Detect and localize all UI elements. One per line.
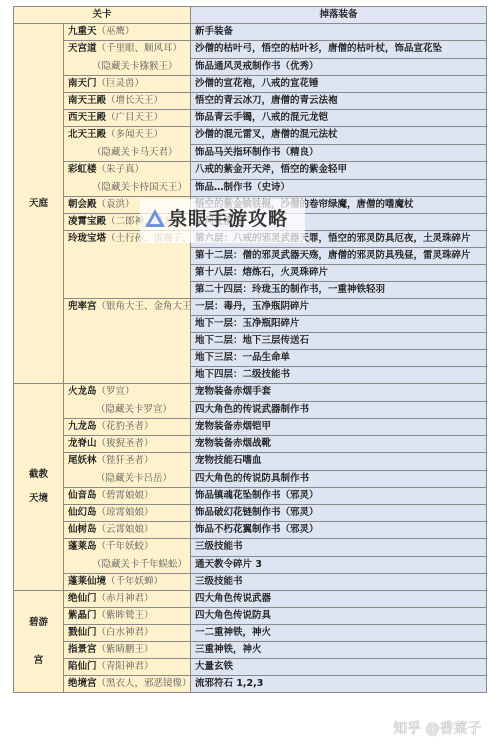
drop-item: 饰品不朽花翼制作书（邪灵） [191, 522, 487, 539]
level-cell: 蓬莱仙境（千年妖蝉） [64, 574, 191, 591]
level-cell: 西天王殿（广目天王） [64, 110, 191, 127]
level-name: 凌霄宝殿 [68, 216, 106, 227]
level-name: 火龙岛 [68, 386, 97, 397]
level-cell: 火龙岛（罗宣）（隐藏关卡罗宣） [64, 384, 191, 419]
level-boss: （赤月神君） [97, 593, 154, 604]
section-label: 截教天境 [14, 384, 64, 591]
level-name: 玲珑宝塔 [68, 233, 106, 244]
level-name: 陷仙门 [68, 661, 97, 672]
level-boss: （银角大王、金角大王、青牛怪、太白金星、太上老君） [97, 301, 191, 312]
table-row: 天宫道（千里眼、顺风耳）（隐藏关卡猕猴王）沙僧的枯叶弓，悟空的枯叶衫，唐僧的枯叶… [14, 41, 487, 59]
level-name: 蓬莱岛 [68, 541, 97, 552]
level-name: 北天王殿 [68, 129, 106, 140]
drop-item: 地下四层：二级技能书 [191, 367, 487, 384]
table-row: 蓬莱岛（千年妖蛟）（隐藏关卡千年蜈蚣）三级技能书 [14, 539, 487, 557]
table-row: 仙树岛（云霄娘娘）饰品不朽花翼制作书（邪灵） [14, 522, 487, 539]
drop-item: 流邪符石 1,2,3 [191, 676, 487, 693]
table-row: 龙脊山（狻猊圣者）宠物装备赤烟战靴 [14, 436, 487, 453]
level-cell: 陷仙门（青阳神君） [64, 659, 191, 676]
level-name: 绝仙门 [68, 593, 97, 604]
drop-item: 一二重神铁，神火 [191, 625, 487, 642]
level-boss: （朱子真） [97, 164, 145, 175]
level-cell: 仙幻岛（琼霄娘娘） [64, 505, 191, 522]
level-name: 指景宫 [68, 644, 97, 655]
table-row: 紫晶门（紫眸鹫王）四大角色传说防具 [14, 608, 487, 625]
level-boss: （紫眸鹫王） [97, 610, 154, 621]
level-name: 九龙岛 [68, 421, 97, 432]
level-cell: 紫晶门（紫眸鹫王） [64, 608, 191, 625]
drop-item: 三重神铁，神火 [191, 642, 487, 659]
drop-item: 宠物装备赤烟战靴 [191, 436, 487, 453]
hidden-level: （隐藏关卡罗宣） [68, 402, 186, 418]
drop-item: 饰品马关指环制作书（精良） [191, 144, 487, 162]
level-cell: 九重天（巫鹰） [64, 24, 191, 41]
level-cell: 仙音岛（碧霄娘娘） [64, 488, 191, 505]
drop-item: 通天教令碎片 3 [191, 556, 487, 574]
level-name: 彩虹楼 [68, 164, 97, 175]
level-name: 龙脊山 [68, 438, 97, 449]
drop-item: 四大角色传说武器 [191, 591, 487, 608]
triangle-logo-icon [145, 209, 165, 227]
hidden-level: （隐藏关卡猕猴王） [68, 59, 186, 75]
level-boss: （青阳神君） [97, 661, 154, 672]
level-name: 仙音岛 [68, 490, 97, 501]
header-row: 关卡 掉落装备 [14, 7, 487, 24]
section-label: 天庭 [14, 24, 64, 384]
drop-item: 大量玄铁 [191, 659, 487, 676]
drop-item: 沙僧的宣花袍，八戒的宣花锤 [191, 76, 487, 93]
table-row: 蓬莱仙境（千年妖蝉）三级技能书 [14, 574, 487, 591]
drop-item: 沙僧的混元雷叉，唐僧的混元法杖 [191, 127, 487, 145]
level-cell: 北天王殿（多闻天王）（隐藏关卡马天君） [64, 127, 191, 162]
drop-item: 八戒的紫金开天斧，悟空的紫金轻甲 [191, 162, 487, 180]
hidden-level: （隐藏关卡马天君） [68, 145, 186, 161]
level-boss: （增长天王） [106, 95, 163, 106]
section-label-line: 天境 [18, 491, 59, 507]
table-row: 绝境宫（黑衣人，邪恶镜像）流邪符石 1,2,3 [14, 676, 487, 693]
drop-item: 饰品破幻花链制作书（邪灵） [191, 505, 487, 522]
level-cell: 九龙岛（花豹圣者） [64, 419, 191, 436]
table-row: 陷仙门（青阳神君）大量玄铁 [14, 659, 487, 676]
table-row: 北天王殿（多闻天王）（隐藏关卡马天君）沙僧的混元雷叉，唐僧的混元法杖 [14, 127, 487, 145]
drop-item: 宠物技能石嗜血 [191, 453, 487, 471]
level-boss: （云霄娘娘） [97, 524, 154, 535]
level-boss: （花豹圣者） [97, 421, 154, 432]
drop-table: 关卡 掉落装备 天庭九重天（巫鹰）新手装备天宫道（千里眼、顺风耳）（隐藏关卡猕猴… [13, 6, 487, 693]
section-label-line: 截教 [18, 467, 59, 483]
level-cell: 绝仙门（赤月神君） [64, 591, 191, 608]
drop-item: 地下一层：玉净瓶阳碎片 [191, 316, 487, 333]
section-label-line: 宫 [18, 653, 59, 669]
drop-item: 第十二层：僧的邪灵武器天殇，唐僧的邪灵防具残昼，雷灵珠碎片 [191, 248, 487, 265]
drop-item: 地下三层：一品生命单 [191, 350, 487, 367]
level-boss: （狻猊圣者） [97, 438, 154, 449]
drop-item: 沙僧的枯叶弓，悟空的枯叶衫，唐僧的枯叶杖，饰品宣花坠 [191, 41, 487, 59]
section-label-line: 碧游 [18, 615, 59, 631]
level-name: 绝境宫 [68, 678, 97, 689]
table-row: 西天王殿（广目天王）饰品青云手镯，八戒的混元龙铠 [14, 110, 487, 127]
drop-item: 三级技能书 [191, 539, 487, 557]
table-row: 南天门（巨灵兽）沙僧的宣花袍，八戒的宣花锤 [14, 76, 487, 93]
hidden-level: （隐藏关卡千年蜈蚣） [68, 557, 186, 573]
level-name: 紫晶门 [68, 610, 97, 621]
level-name: 九重天 [68, 26, 97, 37]
drop-item: 饰品通风灵戒制作书（优秀） [191, 58, 487, 76]
table-row: 截教天境火龙岛（罗宣）（隐藏关卡罗宣）宠物装备赤烟手套 [14, 384, 487, 402]
center-watermark: 泉眼手游攻略 [140, 199, 305, 243]
level-boss: （多闻天王） [106, 129, 163, 140]
level-cell: 绝境宫（黑衣人，邪恶镜像） [64, 676, 191, 693]
drop-item: 悟空的青云冰刀，唐僧的青云法袍 [191, 93, 487, 110]
drop-item: 四大角色传说防具 [191, 608, 487, 625]
table-row: 天庭九重天（巫鹰）新手装备 [14, 24, 487, 41]
level-boss: （紫睛鹏王） [97, 644, 154, 655]
level-cell: 彩虹楼（朱子真）（隐藏关卡持国天王） [64, 162, 191, 197]
level-boss: （罗宣） [97, 386, 135, 397]
level-boss: （白水神君） [97, 627, 154, 638]
table-row: 戮仙门（白水神君）一二重神铁，神火 [14, 625, 487, 642]
section-label-line: 天庭 [18, 196, 59, 212]
level-boss: （琼霄娘娘） [97, 507, 154, 518]
drop-item: 四大角色的传说武器制作书 [191, 401, 487, 419]
level-cell: 龙脊山（狻猊圣者） [64, 436, 191, 453]
hidden-level: （隐藏关卡持国天王） [68, 180, 186, 196]
drop-item: 第十八层：熔炼石，火灵珠碎片 [191, 265, 487, 282]
drop-item: 地下二层：地下三层传送石 [191, 333, 487, 350]
drop-item: 新手装备 [191, 24, 487, 41]
level-boss: （千里眼、顺风耳） [97, 43, 183, 54]
level-boss: （巨灵兽） [97, 78, 145, 89]
table-row: 南天王殿（增长天王）悟空的青云冰刀，唐僧的青云法袍 [14, 93, 487, 110]
table-row: 兜率宫（银角大王、金角大王、青牛怪、太白金星、太上老君）一层：毒丹，玉净瓶阴碎片 [14, 299, 487, 316]
level-cell: 蓬莱岛（千年妖蛟）（隐藏关卡千年蜈蚣） [64, 539, 191, 574]
level-name: 西天王殿 [68, 112, 106, 123]
level-boss: （黑衣人，邪恶镜像） [97, 678, 191, 689]
level-name: 朝会殿 [68, 199, 97, 210]
level-name: 天宫道 [68, 43, 97, 54]
level-cell: 南天王殿（增长天王） [64, 93, 191, 110]
section-label: 碧游宫 [14, 591, 64, 693]
drop-item: 饰品镇魂花坠制作书（邪灵） [191, 488, 487, 505]
level-name: 仙树岛 [68, 524, 97, 535]
level-cell: 戮仙门（白水神君） [64, 625, 191, 642]
table-row: 彩虹楼（朱子真）（隐藏关卡持国天王）八戒的紫金开天斧，悟空的紫金轻甲 [14, 162, 487, 180]
level-name: 南天王殿 [68, 95, 106, 106]
table-row: 碧游宫绝仙门（赤月神君）四大角色传说武器 [14, 591, 487, 608]
zhihu-watermark: 知乎 @香菜子 [393, 718, 481, 738]
level-boss: （袁洪） [97, 199, 135, 210]
drop-item: 宠物装备赤烟铠甲 [191, 419, 487, 436]
level-boss: （千年妖蝉） [106, 576, 163, 587]
watermark-text: 泉眼手游攻略 [168, 204, 288, 231]
level-name: 戮仙门 [68, 627, 97, 638]
drop-item: 饰品…制作书（史诗） [191, 179, 487, 197]
level-name: 南天门 [68, 78, 97, 89]
level-boss: （碧霄娘娘） [97, 490, 154, 501]
hidden-level: （隐藏关卡吕岳） [68, 471, 186, 487]
header-level: 关卡 [14, 7, 191, 24]
table-row: 指景宫（紫睛鹏王）三重神铁，神火 [14, 642, 487, 659]
level-name: 蓬莱仙境 [68, 576, 106, 587]
table-row: 尾妖林（狴犴圣者）（隐藏关卡吕岳）宠物技能石嗜血 [14, 453, 487, 471]
drop-item: 第二十四层：玲珑玉的制作书，一重神铁轻羽 [191, 282, 487, 299]
table-row: 仙音岛（碧霄娘娘）饰品镇魂花坠制作书（邪灵） [14, 488, 487, 505]
drop-item: 饰品青云手镯，八戒的混元龙铠 [191, 110, 487, 127]
drop-item: 一层：毒丹，玉净瓶阴碎片 [191, 299, 487, 316]
level-cell: 天宫道（千里眼、顺风耳）（隐藏关卡猕猴王） [64, 41, 191, 76]
level-name: 仙幻岛 [68, 507, 97, 518]
drop-item: 宠物装备赤烟手套 [191, 384, 487, 402]
level-name: 尾妖林 [68, 455, 97, 466]
level-cell: 南天门（巨灵兽） [64, 76, 191, 93]
drop-item: 四大角色的传说防具制作书 [191, 470, 487, 488]
drop-item: 三级技能书 [191, 574, 487, 591]
table-row: 仙幻岛（琼霄娘娘）饰品破幻花链制作书（邪灵） [14, 505, 487, 522]
level-boss: （狴犴圣者） [97, 455, 154, 466]
header-drops: 掉落装备 [191, 7, 487, 24]
level-cell: 尾妖林（狴犴圣者）（隐藏关卡吕岳） [64, 453, 191, 488]
level-boss: （千年妖蛟） [97, 541, 154, 552]
level-boss: （广目天王） [106, 112, 163, 123]
level-cell: 兜率宫（银角大王、金角大王、青牛怪、太白金星、太上老君） [64, 299, 191, 384]
level-cell: 仙树岛（云霄娘娘） [64, 522, 191, 539]
level-boss: （巫鹰） [97, 26, 135, 37]
table-row: 九龙岛（花豹圣者）宠物装备赤烟铠甲 [14, 419, 487, 436]
level-name: 兜率宫 [68, 301, 97, 312]
level-cell: 指景宫（紫睛鹏王） [64, 642, 191, 659]
